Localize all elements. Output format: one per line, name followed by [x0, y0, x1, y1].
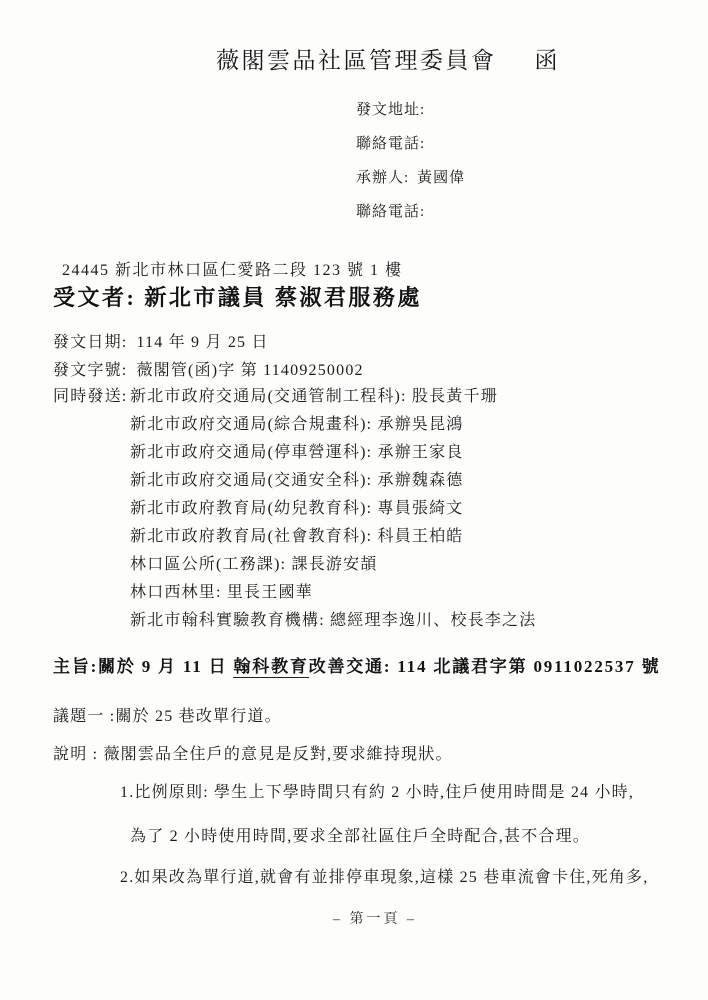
- subject-underlined-term: 翰科教育: [233, 657, 308, 678]
- cc-item: 林口區公所(工務課): 課長游安頡: [130, 551, 536, 579]
- doc-number-value: 薇閣管(函)字 第 11409250002: [136, 362, 363, 379]
- recipient-address: 24445 新北市林口區仁愛路二段 123 號 1 樓: [62, 257, 403, 280]
- field-value: 黃國偉: [417, 170, 465, 186]
- explanation-line: 說明 : 薇閣雲品全住戶的意見是反對,要求維持現狀。: [53, 741, 453, 764]
- document-page: 薇閣雲品社區管理委員會函 發文地址: 聯絡電話: 承辦人:黃國偉 聯絡電話: 2…: [0, 0, 708, 1000]
- explanation-point-1-continued: 為了 2 小時使用時間,要求全部社區住戶全時配合,甚不合理。: [130, 823, 590, 846]
- cc-item: 新北市政府交通局(停車營運科): 承辦王家良: [130, 439, 536, 467]
- cc-label: 同時發送:: [53, 383, 130, 411]
- doc-type-label: 函: [535, 48, 561, 73]
- subject-text-post: 改善交通: 114 北議君字第 0911022537 號: [309, 657, 661, 676]
- field-label: 聯絡電話:: [356, 204, 425, 220]
- field-contact-phone-1: 聯絡電話:: [356, 127, 465, 161]
- cc-section: 同時發送: 新北市政府交通局(交通管制工程科): 股長黃千珊 新北市政府交通局(…: [53, 383, 536, 635]
- page-number-footer: – 第一頁 –: [30, 908, 708, 928]
- cc-item: 新北市政府交通局(綜合規畫科): 承辦吳昆鴻: [130, 411, 536, 439]
- cc-item: 新北市政府交通局(交通管制工程科): 股長黃千珊: [130, 383, 536, 411]
- subject-line: 主旨:關於 9 月 11 日 翰科教育改善交通: 114 北議君字第 09110…: [53, 652, 660, 677]
- recipient-line: 受文者: 新北市議員 蔡淑君服務處: [53, 281, 422, 312]
- issue-date-row: 發文日期:114 年 9 月 25 日: [53, 329, 269, 352]
- explanation-point-2: 2.如果改為單行道,就會有並排停車現象,這樣 25 巷車流會卡住,死角多,: [120, 864, 648, 887]
- explanation-point-1: 1.比例原則: 學生上下學時間只有約 2 小時,住戶使用時間是 24 小時,: [120, 779, 634, 802]
- field-label: 聯絡電話:: [356, 136, 425, 152]
- topic-line: 議題一 :關於 25 巷改單行道。: [53, 703, 282, 726]
- issue-date-label: 發文日期:: [53, 334, 127, 351]
- cc-item: 新北市政府教育局(社會教育科): 科員王柏皓: [130, 523, 536, 551]
- cc-list: 新北市政府交通局(交通管制工程科): 股長黃千珊 新北市政府交通局(綜合規畫科)…: [130, 383, 536, 635]
- field-label: 發文地址:: [356, 102, 425, 118]
- subject-label: 主旨:: [53, 657, 98, 676]
- cc-item: 新北市政府交通局(交通安全科): 承辦魏森德: [130, 467, 536, 495]
- doc-number-row: 發文字號:薇閣管(函)字 第 11409250002: [53, 357, 364, 380]
- doc-number-label: 發文字號:: [53, 362, 127, 379]
- issue-date-value: 114 年 9 月 25 日: [136, 334, 268, 351]
- header-fields: 發文地址: 聯絡電話: 承辦人:黃國偉 聯絡電話:: [356, 93, 465, 229]
- cc-item: 林口西林里: 里長王國華: [130, 579, 536, 607]
- cc-item: 新北市翰科實驗教育機構: 總經理李逸川、校長李之法: [130, 607, 536, 635]
- document-title: 薇閣雲品社區管理委員會函: [216, 42, 560, 75]
- field-handler: 承辦人:黃國偉: [356, 161, 465, 195]
- org-name: 薇閣雲品社區管理委員會: [216, 48, 497, 73]
- cc-item: 新北市政府教育局(幼兒教育科): 專員張綺文: [130, 495, 536, 523]
- subject-text-pre: 關於 9 月 11 日: [98, 657, 233, 676]
- field-issuing-address: 發文地址:: [356, 93, 465, 127]
- field-label: 承辦人:: [356, 170, 409, 186]
- field-contact-phone-2: 聯絡電話:: [356, 195, 465, 229]
